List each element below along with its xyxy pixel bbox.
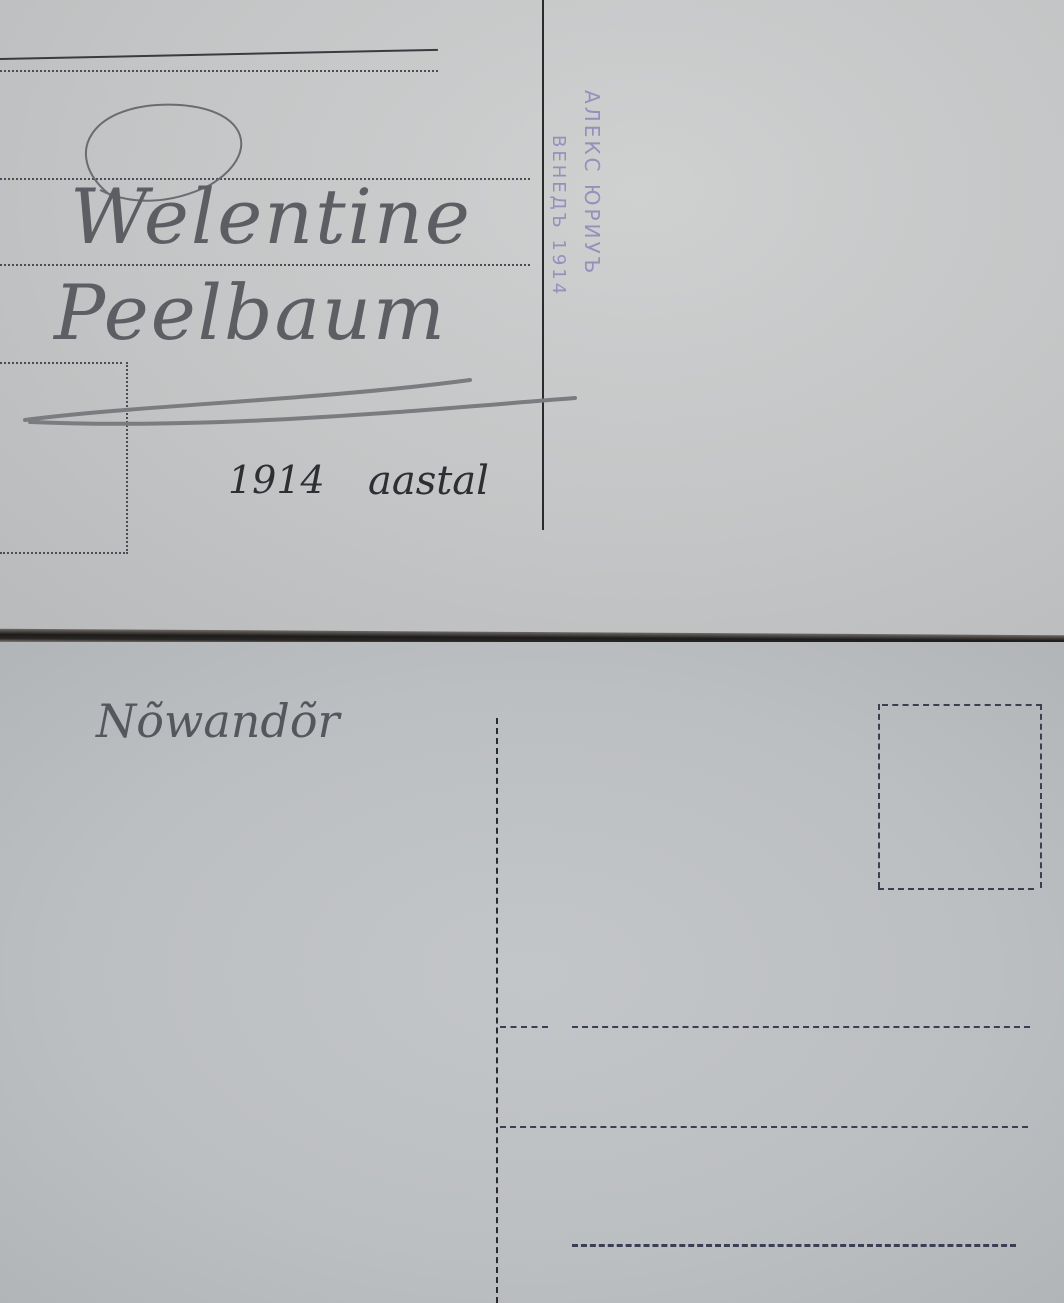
top-postcard: Welentine Peelbaum 1914 aastal АЛЕКС ЮРИ…: [0, 0, 1064, 636]
underline-swoosh-icon: [20, 360, 580, 440]
address-line: [500, 1126, 1028, 1128]
stamp-box-right: [1040, 704, 1042, 888]
stamp-line-1: АЛЕКС ЮРИУЪ: [580, 90, 604, 276]
stamp-line-2: ВЕНЕДЪ 1914: [548, 135, 569, 297]
center-divider: [542, 0, 544, 530]
address-box-bottom: [0, 552, 128, 554]
name-first: Welentine: [70, 172, 472, 261]
photographer-stamp-date: ВЕНЕДЪ 1914: [548, 135, 569, 297]
top-rule: [0, 49, 438, 60]
date-year: 1914: [228, 458, 325, 502]
date-word: aastal: [368, 458, 489, 504]
address-line: [0, 70, 438, 72]
address-line-short: [500, 1026, 548, 1028]
stamp-box-top: [882, 704, 1042, 706]
name-last: Peelbaum: [54, 268, 447, 357]
address-line-last: [572, 1244, 1016, 1247]
photographer-stamp: АЛЕКС ЮРИУЪ: [580, 90, 604, 276]
address-line: [0, 264, 530, 266]
stamp-box-left: [878, 704, 880, 888]
bottom-postcard: Nõwandõr: [0, 642, 1064, 1303]
stamp-box-bottom: [878, 888, 1034, 890]
address-line: [572, 1026, 1030, 1028]
handwritten-word: Nõwandõr: [96, 694, 340, 748]
center-divider: [496, 718, 498, 1303]
